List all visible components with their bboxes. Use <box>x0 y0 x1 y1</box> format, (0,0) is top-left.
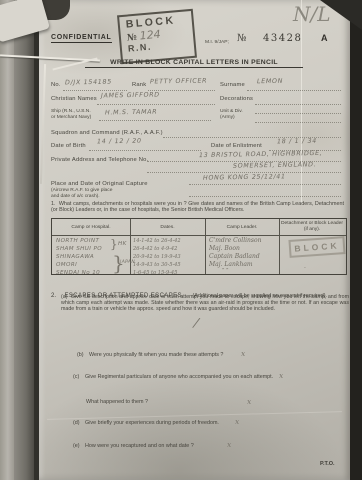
camp-dates: 14-1-42 to 26-4-42 <box>133 238 181 244</box>
stamp-number-handwritten: 124 <box>139 28 161 43</box>
field-line <box>255 121 341 123</box>
pencil-x-mark: x <box>235 417 239 426</box>
camp-name: OMORI <box>56 262 77 268</box>
camp-name: SHAM SHUI PO <box>56 246 102 252</box>
field-line <box>147 171 341 173</box>
dob-label: Date of Birth <box>51 143 86 149</box>
table-header-divider <box>52 235 346 236</box>
pencil-nil-stroke: / <box>193 316 200 332</box>
hk-brace: } <box>110 237 118 251</box>
surname-value: LEMON <box>257 78 283 85</box>
pencil-x-mark: x <box>227 440 231 449</box>
camp-leader-ditto: ″ ″ <box>222 268 228 275</box>
camp-name: SHINAGAWA <box>56 254 94 260</box>
form-heading: WRITE IN BLOCK CAPITAL LETTERS IN PENCIL <box>85 59 303 68</box>
pencil-x-mark: x <box>241 349 245 358</box>
no-value: D/JX 154185 <box>65 79 112 87</box>
unit-label-line2: (Army) <box>220 115 235 121</box>
no-label: No. <box>51 82 61 88</box>
enlistment-value: 18 / 1 / 34 <box>277 138 317 146</box>
field-line <box>247 89 341 91</box>
address-value-line2: SOMERSET, ENGLAND. <box>233 161 316 169</box>
region-annotation-hk: HK <box>118 241 127 247</box>
region-annotation-japan: JAPAN <box>120 260 135 265</box>
camp-dates: 26-4-42 to 4-9-42 <box>133 246 177 252</box>
question-b-label: (b) <box>77 352 84 358</box>
christian-names-value: JAMES GIFFORD <box>101 91 160 99</box>
table-header-block-leader: Detachment or Block Leader (if any). <box>281 221 343 232</box>
dob-value: 14 / 12 / 20 <box>97 138 142 146</box>
scanned-document-photo: { "page": { "classification": "CONFIDENT… <box>0 0 362 480</box>
christian-names-label: Christian Names <box>51 96 97 102</box>
decorations-label: Decorations <box>220 96 253 102</box>
squadron-label: Squadron and Command (R.A.F., A.A.F.) <box>51 130 163 136</box>
question-c-label: (c) <box>73 374 79 380</box>
rank-label: Rank <box>132 82 146 88</box>
address-value-line1: 13 BRISTOL ROAD, HIGHBRIDGE, <box>199 150 323 159</box>
question-a: (a) Give full description and approx. da… <box>61 294 349 313</box>
table-header-camp: Camp or Hospital. <box>52 225 130 230</box>
form-reference-prefix: M.I. 9/JAP; <box>205 40 229 46</box>
pencil-x-mark: x <box>247 397 251 406</box>
form-no-sign: № <box>237 33 246 44</box>
question-1-number: 1. <box>51 201 56 207</box>
table-column-divider <box>279 219 280 274</box>
faded-block-stamp: BLOCK <box>288 236 345 258</box>
form-serial-number: 43428 <box>263 33 302 44</box>
rank-value: PETTY OFFICER <box>150 78 207 86</box>
capture-note-line2: and date of a/c crash). <box>51 194 100 200</box>
paper-crease <box>47 411 342 420</box>
question-e-text: How were you recaptured and on what date… <box>85 443 194 449</box>
form-series-letter: A <box>321 33 328 43</box>
field-line <box>189 195 341 197</box>
camp-leader: C'mdre Collinson <box>209 237 261 244</box>
surname-label: Surname <box>220 82 245 88</box>
paper-stack-edge-outer <box>0 0 14 480</box>
field-line <box>99 119 211 121</box>
question-a-text: Give full description and approx. date o… <box>61 294 349 312</box>
camp-dates: 20-9-42 to 19-9-43 <box>133 254 181 260</box>
field-line <box>189 183 341 185</box>
field-line <box>255 103 341 105</box>
paper-stack-edge-inner <box>14 0 34 480</box>
table-header-leader: Camp Leader. <box>205 225 279 230</box>
capture-label: Place and Date of Original Capture <box>51 181 148 187</box>
camp-name: SENDAI No 10 <box>56 270 100 276</box>
field-line <box>97 103 215 105</box>
address-label: Private Address and Telephone No. <box>51 157 148 163</box>
question-1: 1. What camps, detachments or hospitals … <box>51 201 344 214</box>
field-line <box>255 112 341 114</box>
confidential-marking: CONFIDENTIAL <box>51 34 112 43</box>
camp-leader: Maj. Boon <box>209 245 240 252</box>
question-c-text: Give Regimental particulars of anyone wh… <box>85 374 273 380</box>
field-line <box>89 149 201 151</box>
camps-table: Camp or Hospital. Dates. Camp Leader. De… <box>51 218 347 275</box>
camp-leader: Captain Badland <box>209 253 260 260</box>
section-2-number: 2. <box>51 293 56 299</box>
question-c2-text: What happened to them ? <box>86 399 148 405</box>
pencil-annotation-nl: N/L <box>293 2 331 26</box>
question-b-text: Were you physically fit when you made th… <box>89 352 223 358</box>
camp-dates: 14-9-43 to 30-5-45 <box>133 262 181 268</box>
pencil-x-mark: x <box>279 371 283 380</box>
question-a-label: (a) <box>61 294 67 300</box>
field-line <box>63 89 127 91</box>
enlistment-label: Date of Enlistment <box>211 143 262 149</box>
ship-label-line2: or Merchant Navy) <box>51 115 91 121</box>
camp-leader: Maj. Lankham <box>209 261 253 268</box>
question-1-text: What camps, detachments or hospitals wer… <box>51 201 344 213</box>
camp-name: NORTH POINT <box>56 238 99 244</box>
camp-dates: 1-6-45 to 15-9-45 <box>133 270 177 276</box>
ship-value: H.M.S. TAMAR <box>105 109 157 117</box>
block-number-stamp: BLOCK № 124 R.N. <box>117 9 197 64</box>
capture-value: HONG KONG 25/12/41 <box>203 173 286 181</box>
question-e-label: (e) <box>73 443 80 449</box>
pencil-tick-mark: . <box>304 263 306 270</box>
table-header-dates: Dates. <box>130 225 205 230</box>
questionnaire-page: CONFIDENTIAL BLOCK № 124 R.N. M.I. 9/JAP… <box>39 0 350 480</box>
question-d-text: Give briefly your experiences during per… <box>85 420 219 426</box>
question-d-label: (d) <box>73 420 80 426</box>
pto-marking: P.T.O. <box>320 461 335 467</box>
